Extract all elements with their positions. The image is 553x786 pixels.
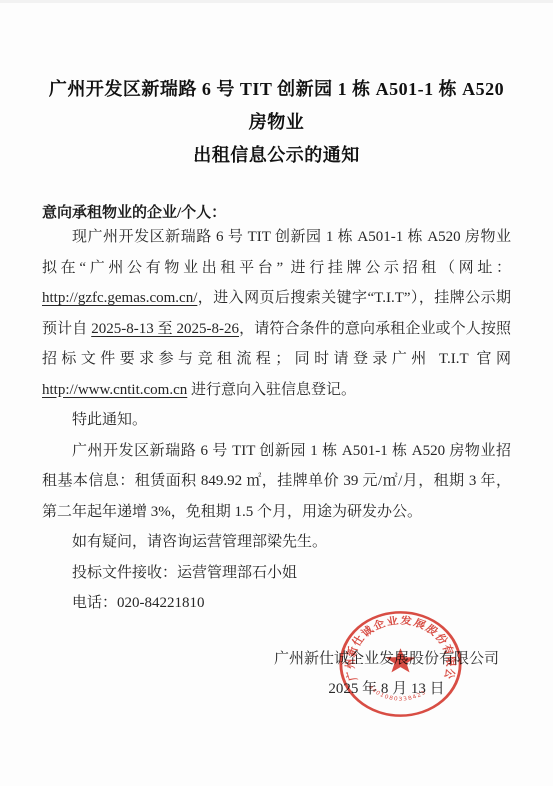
platform-url-link: http://gzfc.gemas.com.cn/	[42, 290, 197, 306]
paragraph-listing-info: 现广州开发区新瑞路 6 号 TIT 创新园 1 栋 A501-1 栋 A520 …	[42, 222, 511, 405]
company-name: 广州新仕诚企业发展股份有限公司	[274, 647, 499, 668]
title-line-2: 出租信息公示的通知	[42, 139, 511, 172]
document-title: 广州开发区新瑞路 6 号 TIT 创新园 1 栋 A501-1 栋 A520 房…	[42, 73, 511, 172]
signature-inner: 广州新仕诚企业发展股份有限公司 2025 年 8 月 13 日	[274, 647, 499, 698]
contact-line-phone: 电话：020-84221810	[42, 588, 511, 619]
notice-line: 特此通知。	[42, 405, 511, 436]
contact-line-inquiry: 如有疑问，请咨询运营管理部梁先生。	[42, 527, 511, 558]
paragraph-rental-details: 广州开发区新瑞路 6 号 TIT 创新园 1 栋 A501-1 栋 A520 房…	[42, 436, 511, 528]
title-line-1: 广州开发区新瑞路 6 号 TIT 创新园 1 栋 A501-1 栋 A520 房…	[42, 73, 511, 139]
para1-seg4: 进行意向入驻信息登记。	[187, 382, 356, 398]
para1-seg1: 现广州开发区新瑞路 6 号 TIT 创新园 1 栋 A501-1 栋 A520 …	[42, 229, 511, 276]
listing-period-dates: 2025-8-13 至 2025-8-26	[91, 321, 239, 337]
document-content: 广州开发区新瑞路 6 号 TIT 创新园 1 栋 A501-1 栋 A520 房…	[0, 3, 553, 698]
salutation: 意向承租物业的企业/个人：	[42, 201, 511, 222]
tit-website-link: http://www.cntit.com.cn	[42, 382, 187, 398]
signature-date: 2025 年 8 月 13 日	[274, 677, 499, 698]
document-page: 广州开发区新瑞路 6 号 TIT 创新园 1 栋 A501-1 栋 A520 房…	[0, 0, 553, 786]
signature-block: 广州新仕诚企业发展股份有限公司 2025 年 8 月 13 日	[42, 647, 511, 698]
contact-line-bid-receiver: 投标文件接收：运营管理部石小姐	[42, 558, 511, 589]
